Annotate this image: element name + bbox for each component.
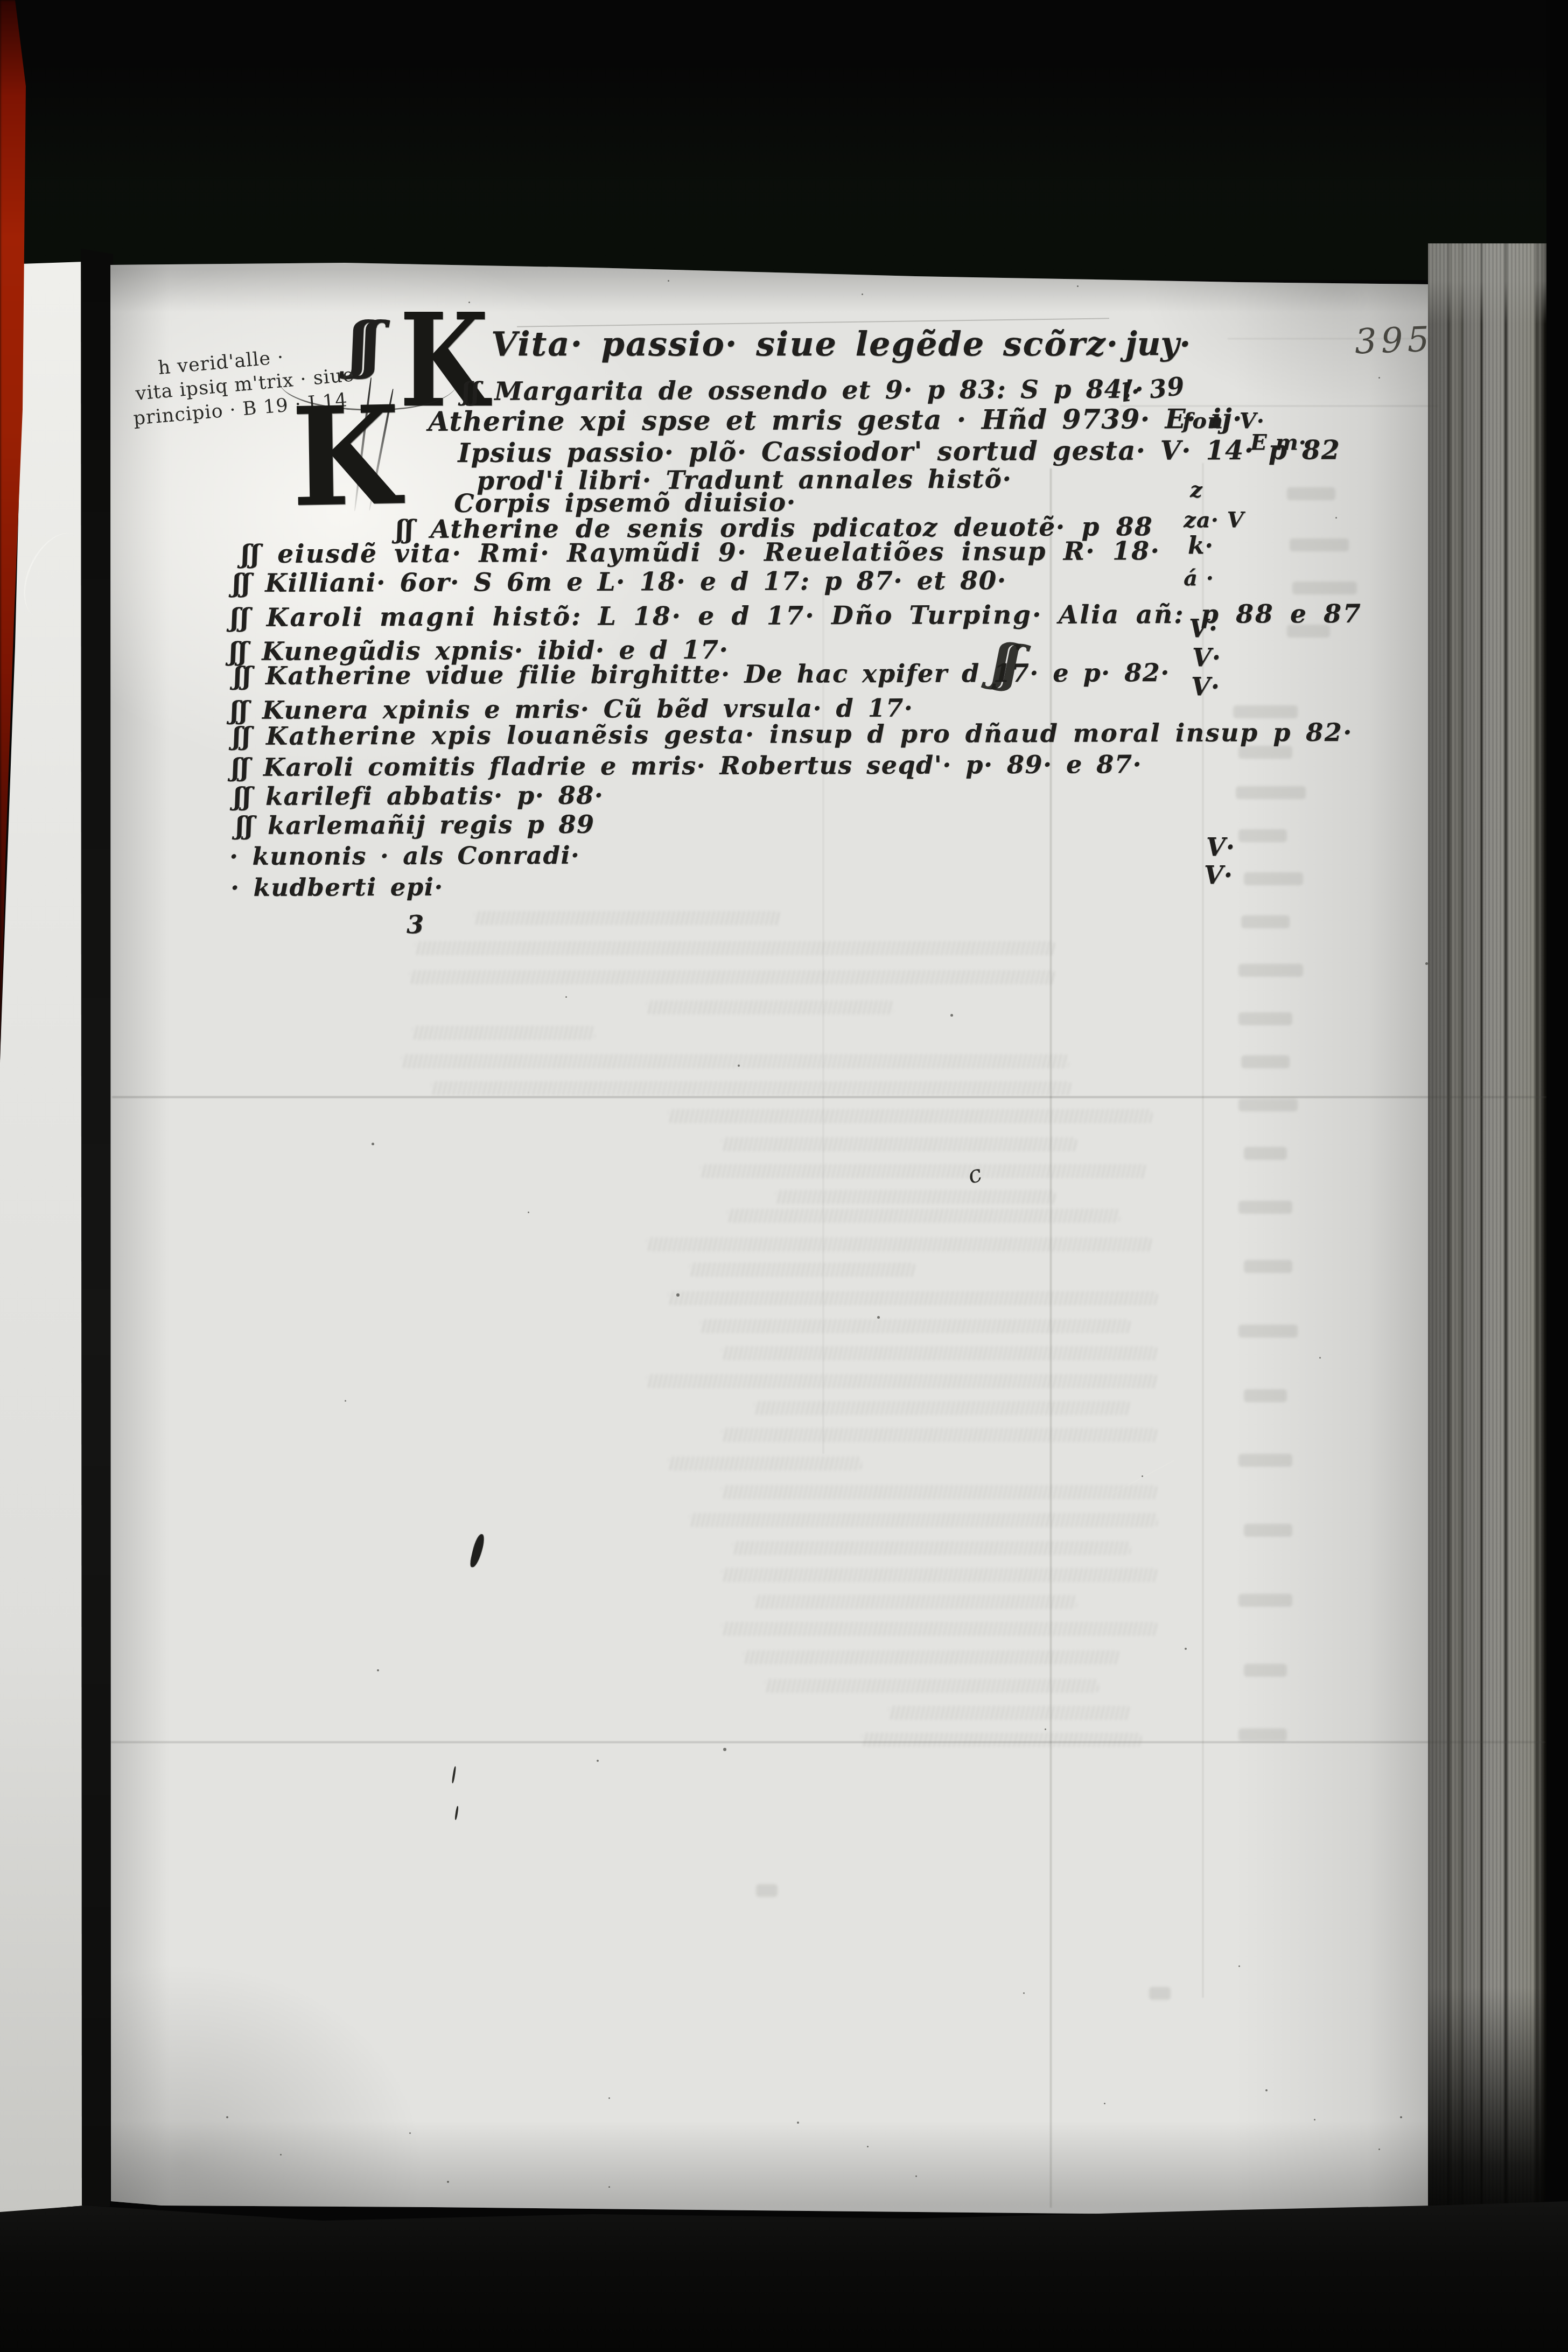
entry-initial-K: K xyxy=(291,403,401,510)
bleedthrough-text-line xyxy=(689,1513,1158,1527)
margin-mark: z xyxy=(1190,477,1203,502)
bleedthrough-text-line xyxy=(474,911,781,925)
bleedthrough-mark xyxy=(1238,1728,1287,1741)
dust-speck xyxy=(372,1143,374,1145)
dust-speck xyxy=(1265,2089,1268,2091)
bleedthrough-mark xyxy=(1244,1389,1287,1402)
dust-speck xyxy=(1077,285,1079,287)
dust-speck xyxy=(1425,962,1428,965)
bleedthrough-mark xyxy=(1238,829,1287,842)
dust-speck xyxy=(797,2122,799,2124)
bleedthrough-mark xyxy=(1238,746,1292,759)
bleedthrough-text-line xyxy=(722,1485,1158,1499)
index-entry: ʃʃ Margarita de ossendo et 9· p 83: S p … xyxy=(462,375,1144,407)
index-entry: ʃʃ Katherine vidue filie birghitte· De h… xyxy=(234,658,1170,690)
bleedthrough-text-line xyxy=(415,941,1055,955)
index-entry: Atherine xpi spse et mris gesta · Hñd 97… xyxy=(428,403,1243,437)
bleedthrough-mark xyxy=(1238,1098,1298,1111)
bleedthrough-text-line xyxy=(409,970,1055,984)
bleedthrough-text-line xyxy=(743,1650,1120,1664)
heading-title: Vita· passio· siue legẽde scõrz· xyxy=(491,324,1119,363)
dust-speck xyxy=(1319,1357,1321,1359)
dust-speck xyxy=(877,1316,880,1319)
margin-mark: V· xyxy=(1191,672,1220,701)
bleedthrough-text-line xyxy=(668,1457,862,1471)
bleedthrough-text-line xyxy=(412,1026,595,1040)
index-entry: · kudberti epi· xyxy=(230,873,444,902)
quire-signature: juy· xyxy=(1125,325,1191,363)
bleedthrough-text-line xyxy=(700,1164,1147,1178)
dust-speck xyxy=(1045,1728,1046,1730)
dust-speck xyxy=(1378,377,1380,379)
dust-speck xyxy=(1378,2148,1380,2150)
bleedthrough-text-line xyxy=(668,1109,1152,1123)
index-entry: ʃʃ Katherine xpis louanẽsis gesta· insup… xyxy=(233,718,1353,751)
bleedthrough-text-line xyxy=(732,1541,1131,1555)
bleedthrough-text-line xyxy=(431,1081,1072,1095)
margin-mark: k· xyxy=(1188,532,1214,559)
index-entry: ʃʃ eiusdẽ vita· Rmi· Raymũdi 9· Reuelati… xyxy=(241,536,1160,569)
bleedthrough-mark xyxy=(1236,786,1306,799)
dust-speck xyxy=(226,2116,228,2118)
dust-speck xyxy=(950,1014,953,1017)
bleedthrough-mark xyxy=(1287,487,1335,500)
dust-speck xyxy=(668,280,669,282)
dust-speck xyxy=(1185,1648,1187,1650)
index-entry: Ipsius passio· plõ· Cassiodor' sortud ge… xyxy=(458,434,1340,468)
dust-speck xyxy=(409,2132,411,2134)
dust-speck xyxy=(608,2097,610,2099)
bleedthrough-text-line xyxy=(722,1137,1077,1151)
margin-mark: E m· xyxy=(1250,430,1307,455)
dust-speck xyxy=(1023,1992,1025,1994)
dust-speck xyxy=(345,1400,346,1402)
dust-speck xyxy=(676,1293,680,1297)
stray-mark: 3 xyxy=(407,910,424,939)
index-entry: ʃʃ Karoli comitis fladrie e mris· Robert… xyxy=(232,750,1142,782)
margin-mark: za· V xyxy=(1184,507,1244,533)
bleedthrough-text-line xyxy=(862,1733,1142,1747)
index-entry: · kunonis · als Conradi· xyxy=(229,841,580,871)
bleedthrough-mark xyxy=(1244,1664,1287,1677)
dust-speck xyxy=(1400,2116,1402,2118)
bleedthrough-text-line xyxy=(700,1319,1131,1333)
margin-mark: á · xyxy=(1184,565,1214,591)
dust-speck xyxy=(377,1669,379,1671)
bleedthrough-mark xyxy=(1238,964,1303,977)
dust-speck xyxy=(565,996,567,998)
dust-speck xyxy=(1142,1475,1143,1477)
bleedthrough-mark xyxy=(1241,1055,1290,1068)
dust-speck xyxy=(280,2154,282,2155)
bleedthrough-text-line xyxy=(722,1568,1158,1582)
bleedthrough-text-line xyxy=(727,1209,1120,1223)
bleedthrough-mark xyxy=(1238,1012,1292,1025)
margin-mark: V· xyxy=(1204,860,1233,890)
bleedthrough-mark xyxy=(1238,1201,1292,1214)
dust-speck xyxy=(915,2175,917,2177)
dust-speck xyxy=(1238,1965,1240,1967)
index-entry: ʃʃ karilefi abbatis· p· 88· xyxy=(234,781,604,811)
dust-speck xyxy=(447,2181,449,2183)
bleedthrough-text-line xyxy=(668,1291,1158,1305)
dust-speck xyxy=(597,1760,599,1762)
bleedthrough-mark xyxy=(1244,872,1303,885)
dust-speck xyxy=(867,2146,869,2147)
dust-speck xyxy=(1104,2103,1105,2104)
bleedthrough-mark xyxy=(1244,1260,1292,1273)
bleedthrough-mark xyxy=(1290,538,1349,551)
book-fore-edge xyxy=(1428,243,1550,2225)
bleedthrough-mark xyxy=(1149,1987,1171,2000)
background-cloth xyxy=(0,65,1568,280)
index-entry: ʃʃ Killiani· 6or· S 6m e L· 18· e d 17: … xyxy=(233,566,1007,598)
manuscript-photo: ʃʃ K Vita· passio· siue legẽde scõrz· ju… xyxy=(0,0,1568,2352)
dust-speck xyxy=(608,2186,610,2188)
bleedthrough-text-line xyxy=(888,1706,1131,1720)
bleedthrough-mark xyxy=(1238,1325,1298,1338)
bleedthrough-text-line xyxy=(754,1401,1131,1415)
margin-mark: V· xyxy=(1206,832,1235,862)
dust-speck xyxy=(723,1748,726,1751)
bleedthrough-mark xyxy=(756,1884,778,1897)
bleedthrough-text-line xyxy=(775,1190,1055,1204)
margin-mark: V· xyxy=(1189,614,1218,643)
bleedthrough-text-line xyxy=(722,1622,1158,1636)
index-entry: ʃʃ karlemañij regis p 89 xyxy=(236,810,595,840)
bleedthrough-mark xyxy=(1244,1524,1292,1537)
folio-number: 395 xyxy=(1354,319,1434,362)
bleedthrough-mark xyxy=(1244,1147,1287,1160)
horizontal-crease xyxy=(112,1096,1546,1098)
dust-speck xyxy=(738,1065,740,1067)
dust-speck xyxy=(1335,517,1337,519)
bleedthrough-text-line xyxy=(646,1237,1152,1251)
bleedthrough-text-line xyxy=(646,1000,894,1014)
bleedthrough-mark xyxy=(1238,1594,1292,1607)
horizontal-crease xyxy=(111,1741,1545,1743)
background-bottom xyxy=(0,2201,1568,2352)
margin-mark: V· xyxy=(1192,643,1221,672)
bleedthrough-mark xyxy=(1238,1454,1292,1467)
bleedthrough-mark xyxy=(1233,705,1298,718)
bleedthrough-text-line xyxy=(401,1054,1069,1068)
bleedthrough-text-line xyxy=(765,1679,1098,1693)
bleedthrough-text-line xyxy=(754,1595,1077,1609)
bleedthrough-mark xyxy=(1241,915,1290,928)
bleedthrough-text-line xyxy=(722,1346,1158,1360)
bleedthrough-text-line xyxy=(646,1374,1158,1388)
bleedthrough-text-line xyxy=(722,1428,1158,1442)
bleedthrough-mark xyxy=(1292,582,1357,594)
background-right xyxy=(1546,0,1568,2352)
bleedthrough-text-line xyxy=(689,1263,915,1277)
dust-speck xyxy=(1314,2119,1315,2120)
dust-speck xyxy=(862,293,863,295)
dust-speck xyxy=(528,1212,529,1213)
